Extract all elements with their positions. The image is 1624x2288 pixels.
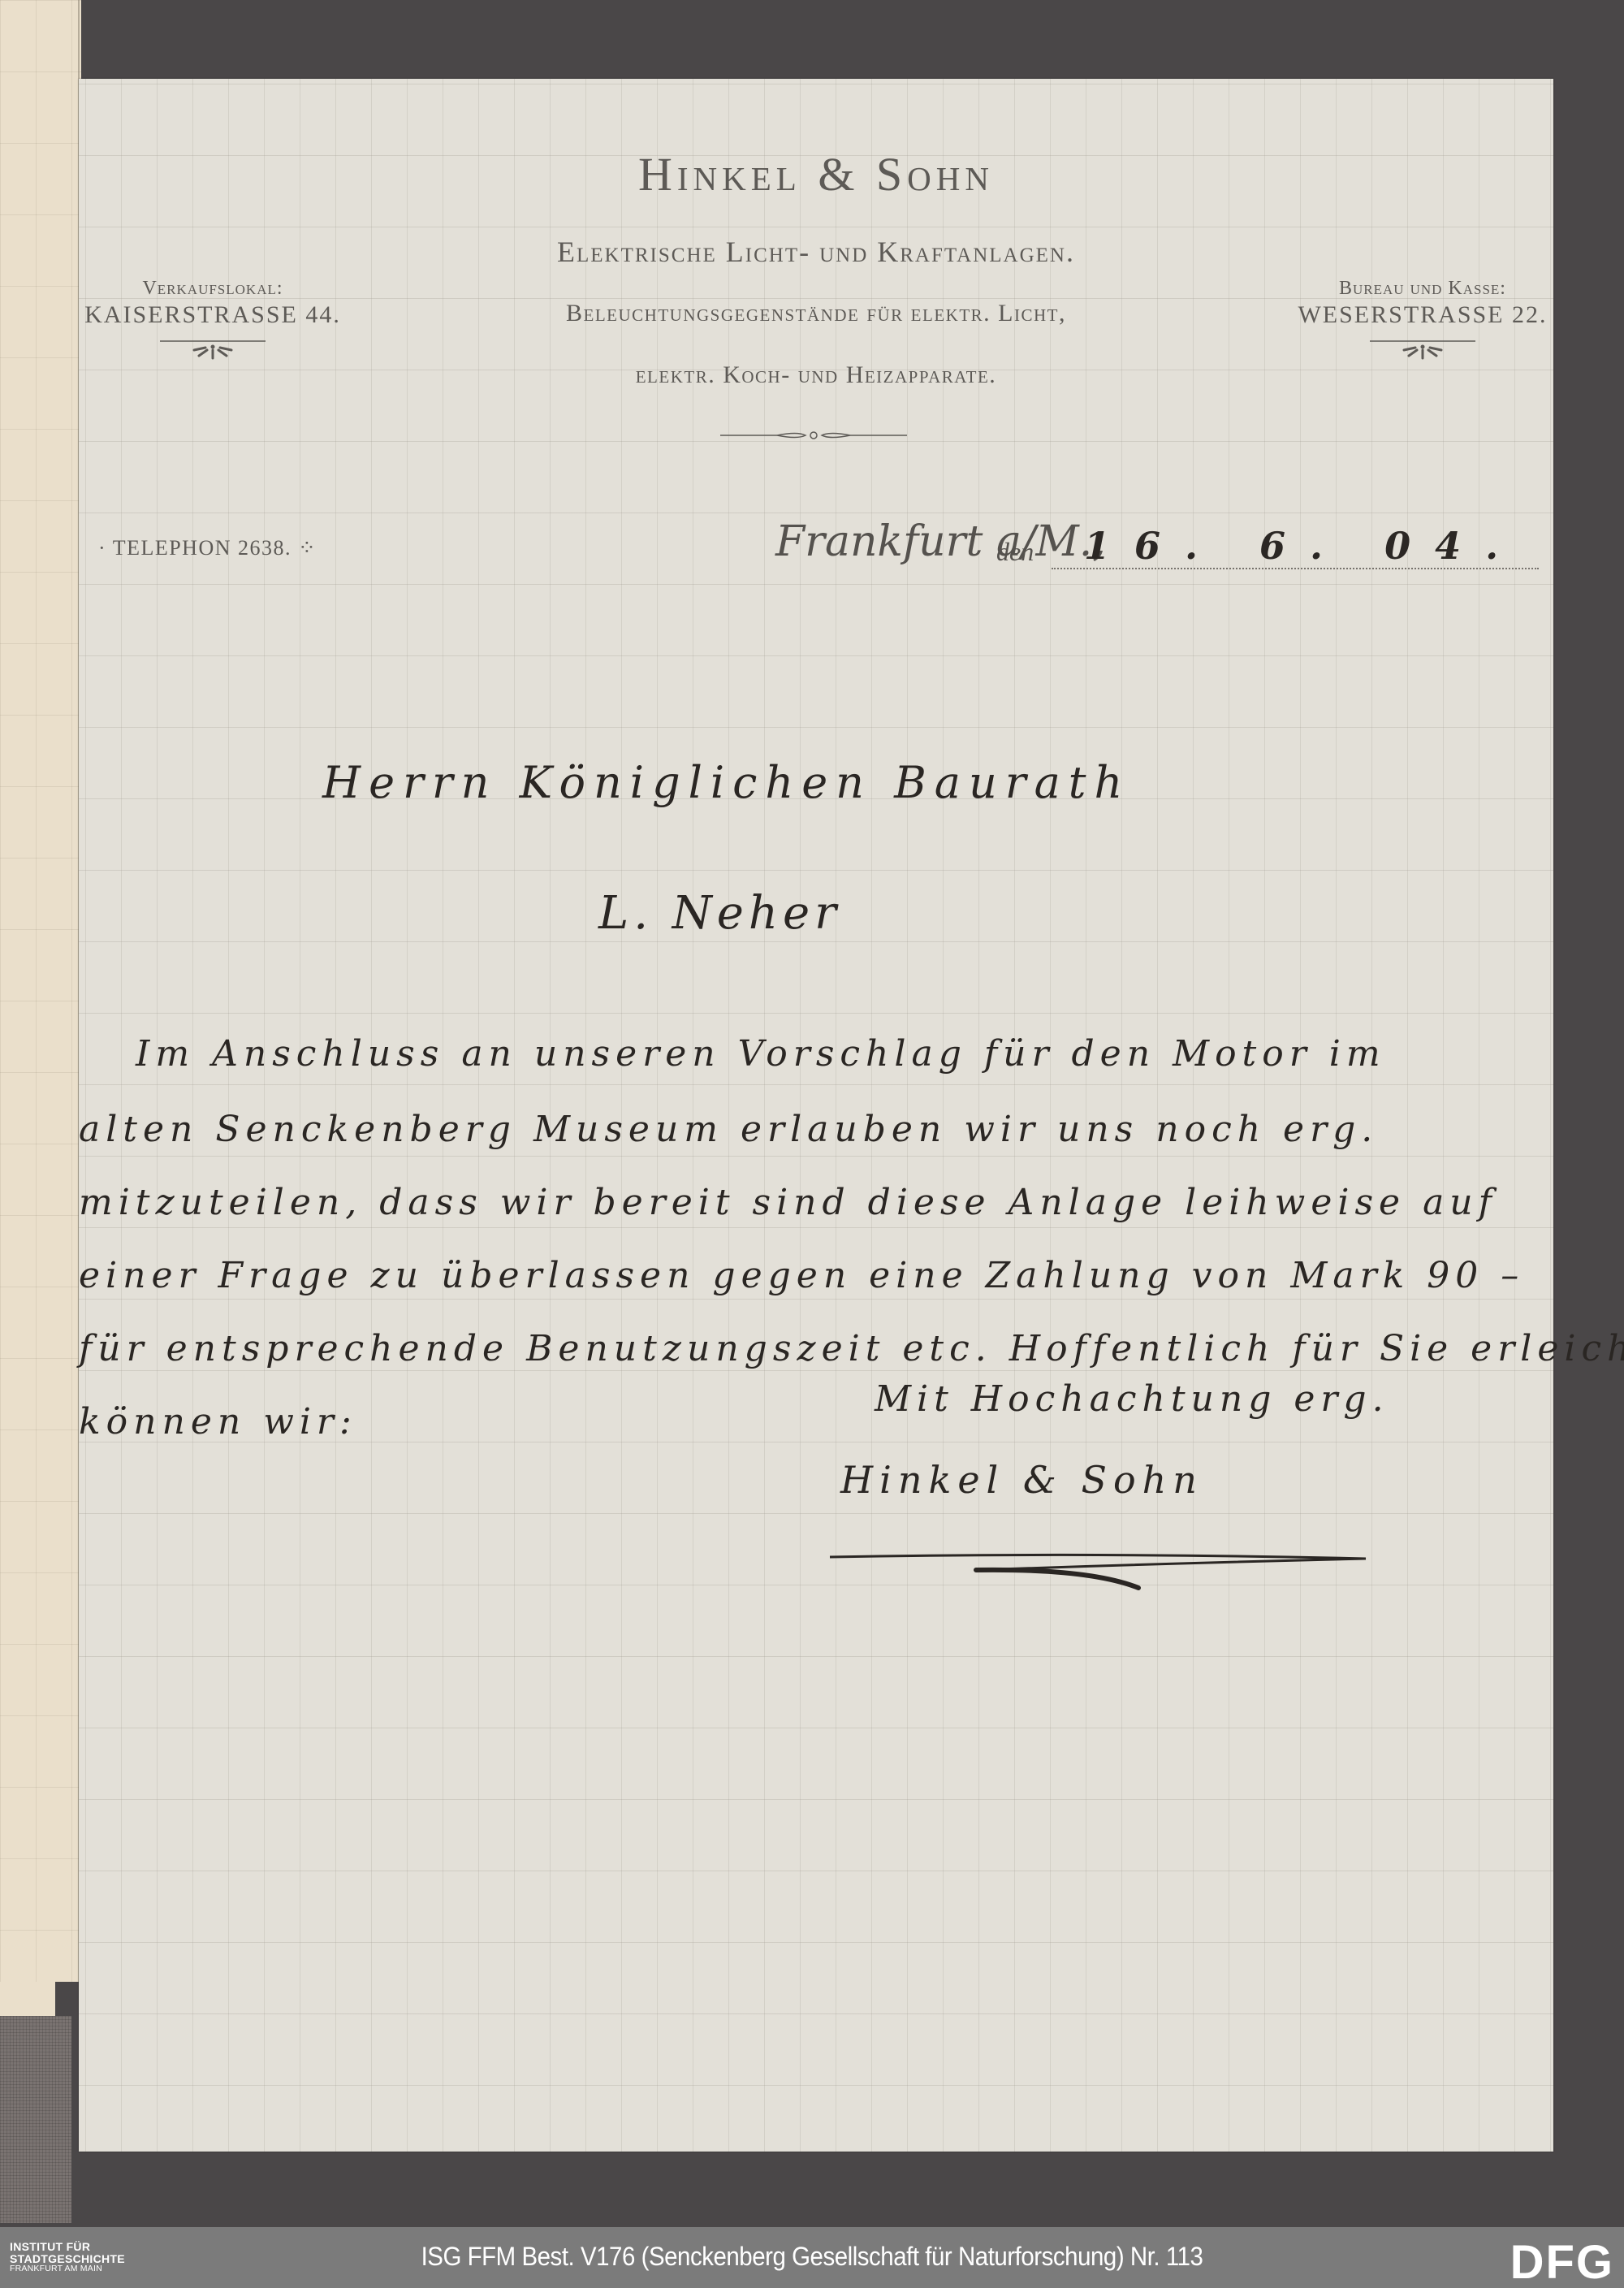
underlying-page-edge xyxy=(0,1982,55,2016)
bureau-address: Bureau und Kasse: WESERSTRASSE 22. xyxy=(1276,278,1569,360)
body-line: Im Anschluss an unseren Vorschlag für de… xyxy=(136,1033,1386,1075)
body-line: können wir: xyxy=(79,1401,357,1442)
firm-tagline-1: Elektrische Licht- und Kraftanlagen. xyxy=(79,235,1553,269)
date-dotted-line xyxy=(1052,568,1539,569)
date-place: Frankfurt a/M., xyxy=(775,517,1106,566)
bureau-street: WESERSTRASSE 22. xyxy=(1276,301,1569,329)
signature-flourish-icon xyxy=(822,1549,1374,1606)
firm-name: Hinkel & Sohn xyxy=(79,147,1553,201)
fan-ornament-icon xyxy=(160,339,266,360)
firm-tagline-3: elektr. Koch- und Heizapparate. xyxy=(79,361,1553,389)
archive-reference: ISG FFM Best. V176 (Senckenberg Gesellsc… xyxy=(65,2242,1559,2272)
body-line: einer Frage zu überlassen gegen eine Zah… xyxy=(79,1255,1524,1296)
telephone-number: · TELEPHON 2638. ⁘ xyxy=(98,536,317,560)
salutation: Herrn Königlichen Baurath xyxy=(322,757,1130,808)
date-den-label: den xyxy=(996,537,1034,567)
letter-sheet: Hinkel & Sohn Elektrische Licht- und Kra… xyxy=(79,79,1553,2152)
dateline: Frankfurt a/M., den 16. 6. 04. xyxy=(775,517,1539,582)
recipient-name: L. Neher xyxy=(598,887,841,940)
signature: Hinkel & Sohn xyxy=(840,1458,1203,1502)
date-value: 16. 6. 04. xyxy=(1084,524,1522,568)
sales-office-address: Verkaufslokal: KAISERSTRASSE 44. xyxy=(63,278,363,360)
sales-office-street: KAISERSTRASSE 44. xyxy=(63,301,363,329)
dfg-logo: DFG xyxy=(1510,2235,1614,2288)
binder-cloth xyxy=(0,2016,71,2223)
body-line: für entsprechende Benutzungszeit etc. Ho… xyxy=(79,1328,1624,1369)
divider-ornament-icon xyxy=(720,430,907,441)
bureau-label: Bureau und Kasse: xyxy=(1276,278,1569,300)
archive-footer: INSTITUT FÜR STADTGESCHICHTE FRANKFURT A… xyxy=(0,2227,1624,2288)
fan-ornament-icon xyxy=(1370,339,1475,360)
body-line: alten Senckenberg Museum erlauben wir un… xyxy=(79,1109,1378,1150)
closing: Mit Hochachtung erg. xyxy=(875,1378,1389,1420)
body-line: mitzuteilen, dass wir bereit sind diese … xyxy=(79,1182,1497,1223)
sales-office-label: Verkaufslokal: xyxy=(63,278,363,300)
